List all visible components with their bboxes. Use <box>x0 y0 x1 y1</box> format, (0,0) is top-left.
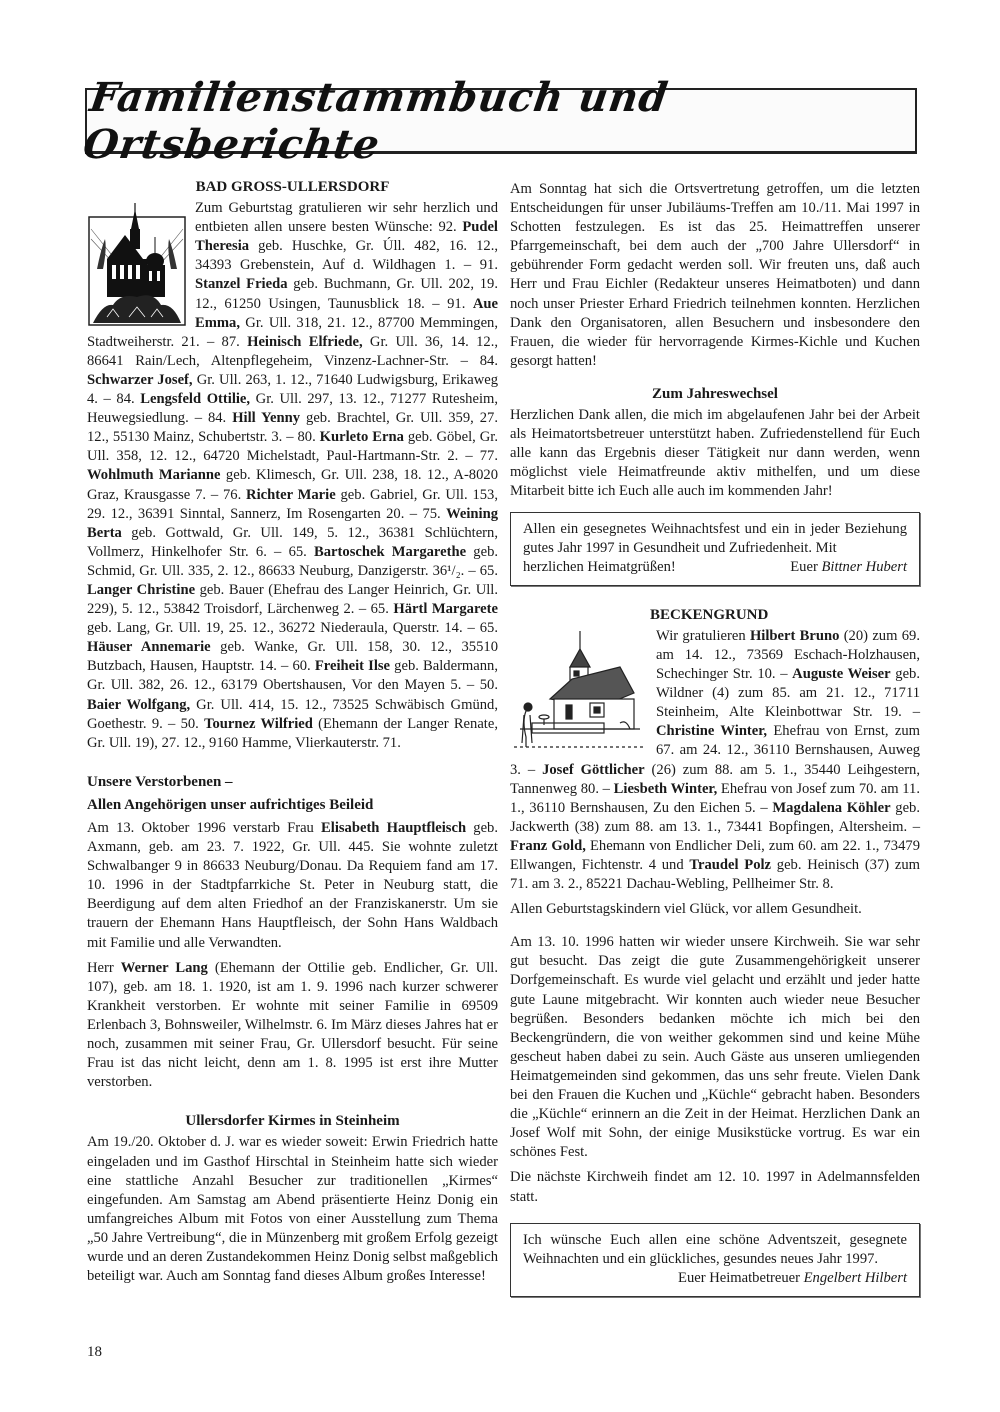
person-name: Wohlmuth Marianne <box>87 467 221 483</box>
chapel-illustration-icon <box>510 627 650 755</box>
greeting-closing: herzlichen Heimatgrüßen! <box>523 558 676 577</box>
greeting-closing-line: herzlichen Heimatgrüßen! Euer Bittner Hu… <box>523 558 907 577</box>
obituary-lang: Herr Werner Lang (Ehemann der Ottilie ge… <box>87 959 498 1093</box>
person-name: Freiheit Ilse <box>315 658 390 674</box>
entry-prefix: 92. <box>433 219 463 235</box>
obituary-text: Am 13. Oktober 1996 verstarb Frau <box>87 820 321 836</box>
ortsvertretung-text: Am Sonntag hat sich die Ortsvertretung g… <box>510 180 920 371</box>
person-name: Hill Yenny <box>232 410 300 426</box>
person-name: Kurleto Erna <box>320 429 404 445</box>
kirmes-text: Am 19./20. Oktober d. J. war es wieder s… <box>87 1133 498 1286</box>
page-banner: Familienstammbuch und Ortsberichte <box>85 88 917 154</box>
person-name: Werner Lang <box>121 960 208 976</box>
greeting-box-hilbert: Ich wünsche Euch allen eine schöne Adven… <box>510 1223 920 1297</box>
jahreswechsel-heading: Zum Jahreswechsel <box>510 385 920 404</box>
signature-name: Engelbert Hilbert <box>804 1270 907 1286</box>
kirmes-heading: Ullersdorfer Kirmes in Steinheim <box>87 1112 498 1131</box>
signature: Euer Heimatbetreuer Engelbert Hilbert <box>523 1269 907 1288</box>
greeting-box-bittner: Allen ein gesegnetes Weihnachtsfest und … <box>510 512 920 586</box>
condolence-heading: Allen Angehörigen unser aufrichtiges Bei… <box>87 796 498 815</box>
person-name: Auguste Weiser <box>792 666 890 682</box>
page-number: 18 <box>87 1344 102 1361</box>
right-column: Am Sonntag hat sich die Ortsvertretung g… <box>510 180 920 1309</box>
person-name: Christine Winter, <box>656 723 767 739</box>
person-name: Häuser Annemarie <box>87 639 211 655</box>
greeting-text: Allen ein gesegnetes Weihnachtsfest und … <box>523 520 907 558</box>
person-name: Hilbert Bruno <box>750 628 839 644</box>
banner-title: Familienstammbuch und Ortsberichte <box>80 74 921 168</box>
birthday-wish: Allen Geburtstagskindern viel Glück, vor… <box>510 900 920 919</box>
person-name: Baier Wolfgang, <box>87 697 190 713</box>
person-name: Franz Gold, <box>510 838 586 854</box>
section-heading-bad-gross-ullersdorf: BAD GROSS-ULLERSDORF <box>87 178 498 197</box>
person-name: Langer Christine <box>87 582 195 598</box>
person-name: Lengsfeld Ottilie, <box>140 391 250 407</box>
person-name: Josef Göttlicher <box>542 762 645 778</box>
jahreswechsel-text: Herzlichen Dank allen, die mich im abgel… <box>510 406 920 501</box>
greeting-text: Ich wünsche Euch allen eine schöne Adven… <box>523 1231 907 1269</box>
signature: Euer Bittner Hubert <box>790 558 907 577</box>
person-name: Magdalena Köhler <box>772 800 890 816</box>
person-name: Richter Marie <box>246 487 336 503</box>
signature-prefix: Euer Heimatbetreuer <box>678 1270 804 1286</box>
obituary-text: geb. Axmann, geb. am 23. 7. 1922, Gr. Ul… <box>87 820 498 951</box>
entry-text: geb. Lang, Gr. Ull. 19, 25. 12., 36272 N… <box>87 620 498 636</box>
obituary-hauptfleisch: Am 13. Oktober 1996 verstarb Frau Elisab… <box>87 819 498 953</box>
person-name: Tournez Wilfried <box>204 716 313 732</box>
next-kirchweih: Die nächste Kirchweih findet am 12. 10. … <box>510 1168 920 1206</box>
person-name: Bartoschek Margarethe <box>314 544 466 560</box>
person-name: Heinisch Elfriede, <box>247 334 363 350</box>
signature-name: Bittner Hubert <box>821 559 907 575</box>
church-illustration-icon <box>87 199 187 327</box>
kirchweih-report: Am 13. 10. 1996 hatten wir wieder unsere… <box>510 933 920 1162</box>
person-name: Härtl Margarete <box>393 601 498 617</box>
obituary-text: Herr <box>87 960 121 976</box>
person-name: Traudel Polz <box>689 857 771 873</box>
entry-prefix: Wir gratulieren <box>656 628 750 644</box>
obituary-text: (Ehemann der Ottilie geb. Endlicher, Gr.… <box>87 960 498 1091</box>
left-column: BAD GROSS-ULLERSDORF Zum Gebu <box>87 178 498 1292</box>
deceased-heading: Unsere Verstorbenen – <box>87 773 498 792</box>
section-heading-beckengrund: BECKENGRUND <box>510 606 920 625</box>
person-name: Elisabeth Hauptfleisch <box>321 820 466 836</box>
person-name: Stanzel Frieda <box>195 276 288 292</box>
person-name: Schwarzer Josef, <box>87 372 193 388</box>
person-name: Liesbeth Winter, <box>614 781 718 797</box>
signature-prefix: Euer <box>790 559 821 575</box>
